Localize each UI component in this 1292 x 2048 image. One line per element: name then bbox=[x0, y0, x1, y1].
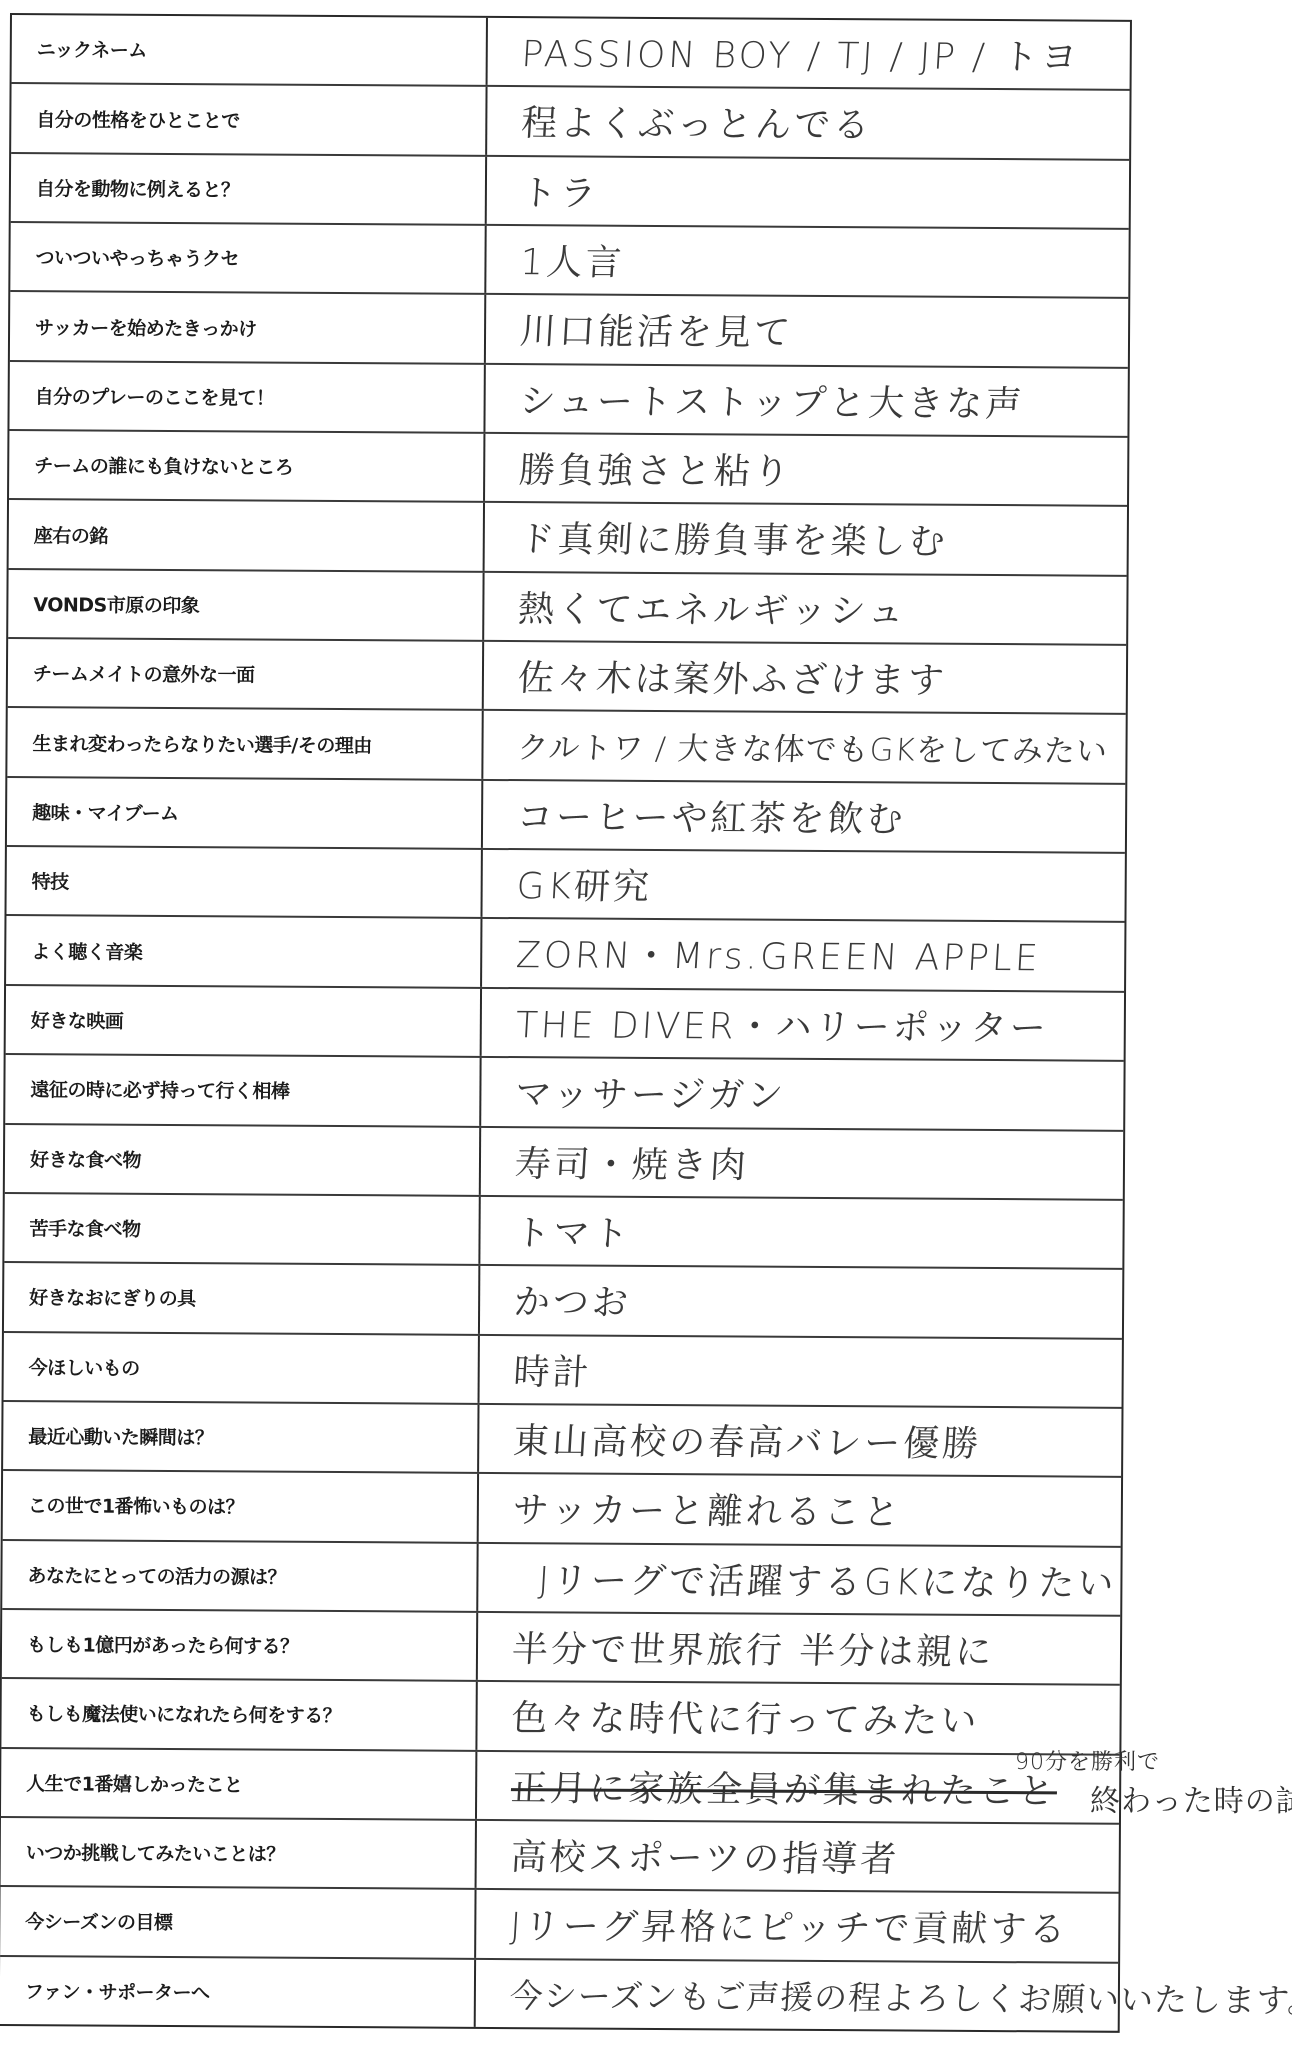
table-row: 座右の銘ド真剣に勝負事を楽しむ bbox=[9, 500, 1127, 576]
question-label: 最近心動いた瞬間は？ bbox=[3, 1402, 479, 1472]
handwritten-answer: かつお bbox=[478, 1266, 1124, 1337]
table-row: 趣味・マイブームコーヒーや紅茶を飲む bbox=[7, 778, 1125, 854]
handwritten-answer: 時計 bbox=[478, 1335, 1124, 1406]
handwritten-answer: PASSION BOY / TJ / JP / トヨ bbox=[486, 18, 1132, 89]
table-row: 最近心動いた瞬間は？東山高校の春高バレー優勝 bbox=[3, 1402, 1121, 1478]
table-row: 自分のプレーのここを見て！シュートストップと大きな声 bbox=[9, 362, 1127, 438]
table-row: 今シーズンの目標Jリーグ昇格にピッチで貢献する bbox=[0, 1887, 1118, 1963]
handwritten-answer: 高校スポーツの指導者 bbox=[475, 1821, 1121, 1892]
question-label: よく聴く音楽 bbox=[6, 916, 482, 986]
question-label: 苦手な食べ物 bbox=[4, 1194, 480, 1264]
handwritten-answer: Jリーグで活躍するGKになりたい bbox=[476, 1543, 1122, 1614]
question-label: この世で1番怖いものは？ bbox=[3, 1471, 479, 1541]
handwritten-answer: 勝負強さと粘り bbox=[483, 434, 1129, 505]
table-row: VONDS市原の印象熱くてエネルギッシュ bbox=[8, 570, 1126, 646]
question-label: 趣味・マイブーム bbox=[7, 778, 483, 848]
handwritten-answer: 東山高校の春高バレー優勝 bbox=[477, 1405, 1123, 1476]
question-label: チームの誰にも負けないところ bbox=[9, 431, 485, 501]
question-label: 今ほしいもの bbox=[4, 1333, 480, 1403]
handwritten-answer: ド真剣に勝負事を楽しむ bbox=[483, 503, 1129, 574]
question-label: 自分を動物に例えると？ bbox=[11, 154, 487, 224]
question-label: 好きな映画 bbox=[6, 986, 482, 1056]
table-row: ファン・サポーターへ今シーズンもご声援の程よろしくお願いいたします。 bbox=[0, 1957, 1118, 2031]
question-label: 生まれ変わったらなりたい選手/その理由 bbox=[7, 708, 483, 778]
question-label: チームメイトの意外な一面 bbox=[8, 639, 484, 709]
table-row: 好きな食べ物寿司・焼き肉 bbox=[5, 1124, 1123, 1200]
table-row: 遠征の時に必ず持って行く相棒マッサージガン bbox=[5, 1055, 1123, 1131]
question-label: 今シーズンの目標 bbox=[0, 1887, 476, 1957]
table-row: 自分の性格をひとことで程よくぶっとんでる bbox=[11, 84, 1129, 160]
handwritten-answer: ZORN・Mrs.GREEN APPLE bbox=[480, 919, 1126, 990]
handwritten-answer: トラ bbox=[485, 157, 1131, 228]
table-row: 人生で1番嬉しかったこと正月に家族全員が集まれたこと bbox=[1, 1749, 1119, 1825]
handwritten-answer: 程よくぶっとんでる bbox=[485, 87, 1131, 158]
table-row: 特技GK研究 bbox=[6, 847, 1124, 923]
question-label: 座右の銘 bbox=[9, 500, 485, 570]
handwritten-answer: Jリーグ昇格にピッチで貢献する bbox=[474, 1890, 1120, 1961]
table-row: ニックネームPASSION BOY / TJ / JP / トヨ bbox=[12, 15, 1130, 91]
handwritten-answer: 佐々木は案外ふざけます bbox=[482, 642, 1128, 713]
question-label: 遠征の時に必ず持って行く相棒 bbox=[5, 1055, 481, 1125]
question-label: 特技 bbox=[6, 847, 482, 917]
profile-questionnaire-table: ニックネームPASSION BOY / TJ / JP / トヨ 自分の性格をひ… bbox=[0, 13, 1132, 2033]
question-label: 人生で1番嬉しかったこと bbox=[1, 1749, 477, 1819]
question-label: ニックネーム bbox=[12, 15, 488, 85]
table-row: 今ほしいもの時計 bbox=[4, 1333, 1122, 1409]
question-label: あなたにとっての活力の源は？ bbox=[2, 1541, 478, 1611]
table-row: あなたにとっての活力の源は？Jリーグで活躍するGKになりたい bbox=[2, 1541, 1120, 1617]
table-row: もしも魔法使いになれたら何をする？色々な時代に行ってみたい bbox=[1, 1679, 1119, 1755]
handwritten-answer: 熱くてエネルギッシュ bbox=[482, 573, 1128, 644]
question-label: VONDS市原の印象 bbox=[8, 570, 484, 640]
table-row: チームの誰にも負けないところ勝負強さと粘り bbox=[9, 431, 1127, 507]
question-label: もしも魔法使いになれたら何をする？ bbox=[1, 1679, 477, 1749]
handwritten-answer: シュートストップと大きな声 bbox=[484, 365, 1130, 436]
table-row: 苦手な食べ物トマト bbox=[4, 1194, 1122, 1270]
table-row: ついついやっちゃうクセ1人言 bbox=[10, 223, 1128, 299]
handwritten-answer: 1人言 bbox=[485, 226, 1131, 297]
question-label: 好きな食べ物 bbox=[5, 1124, 481, 1194]
table-row: 好きなおにぎりの具かつお bbox=[4, 1263, 1122, 1339]
table-row: 好きな映画THE DIVER・ハリーポッター bbox=[6, 986, 1124, 1062]
handwritten-answer: マッサージガン bbox=[479, 1058, 1125, 1129]
table-row: もしも1億円があったら何する？半分で世界旅行 半分は親に bbox=[2, 1610, 1120, 1686]
question-label: サッカーを始めたきっかけ bbox=[10, 292, 486, 362]
handwritten-answer: コーヒーや紅茶を飲む bbox=[481, 781, 1127, 852]
table-row: いつか挑戦してみたいことは？高校スポーツの指導者 bbox=[1, 1818, 1119, 1894]
handwritten-answer: クルトワ / 大きな体でもGKをしてみたい bbox=[482, 711, 1128, 782]
question-label: もしも1億円があったら何する？ bbox=[2, 1610, 478, 1680]
table-row: チームメイトの意外な一面佐々木は案外ふざけます bbox=[8, 639, 1126, 715]
question-label: 自分の性格をひとことで bbox=[11, 84, 487, 154]
margin-note-line2: 終わった時の試合 bbox=[1090, 1776, 1292, 1820]
question-label: 自分のプレーのここを見て！ bbox=[9, 362, 485, 432]
handwritten-answer: 色々な時代に行ってみたい bbox=[476, 1682, 1122, 1753]
handwritten-answer: GK研究 bbox=[481, 850, 1127, 921]
handwritten-answer: 寿司・焼き肉 bbox=[479, 1127, 1125, 1198]
handwritten-answer: THE DIVER・ハリーポッター bbox=[480, 989, 1126, 1060]
table-row: サッカーを始めたきっかけ川口能活を見て bbox=[10, 292, 1128, 368]
handwritten-answer: 今シーズンもご声援の程よろしくお願いいたします。 bbox=[474, 1960, 1292, 2032]
table-row: よく聴く音楽ZORN・Mrs.GREEN APPLE bbox=[6, 916, 1124, 992]
table-row: 自分を動物に例えると？トラ bbox=[11, 154, 1129, 230]
question-label: 好きなおにぎりの具 bbox=[4, 1263, 480, 1333]
margin-note-line1: 90分を勝利で bbox=[1015, 1745, 1160, 1776]
struck-answer-text: 正月に家族全員が集まれたこと bbox=[510, 1760, 1059, 1814]
table-row: この世で1番怖いものは？サッカーと離れること bbox=[3, 1471, 1121, 1547]
handwritten-answer: 半分で世界旅行 半分は親に bbox=[476, 1613, 1122, 1684]
question-label: いつか挑戦してみたいことは？ bbox=[1, 1818, 477, 1888]
handwritten-answer: トマト bbox=[479, 1197, 1125, 1268]
table-row: 生まれ変わったらなりたい選手/その理由クルトワ / 大きな体でもGKをしてみたい bbox=[7, 708, 1125, 784]
handwritten-answer: 川口能活を見て bbox=[484, 295, 1130, 366]
question-label: ついついやっちゃうクセ bbox=[10, 223, 486, 293]
question-label: ファン・サポーターへ bbox=[0, 1957, 476, 2027]
handwritten-answer: サッカーと離れること bbox=[477, 1474, 1123, 1545]
